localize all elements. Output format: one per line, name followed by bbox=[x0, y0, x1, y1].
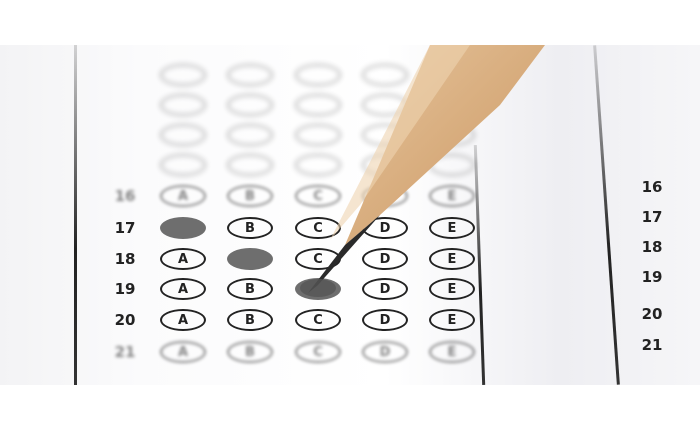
pencil-image bbox=[0, 45, 700, 385]
answer-bubble-d: D bbox=[362, 248, 408, 270]
answer-bubble-d: D bbox=[362, 185, 408, 207]
answer-bubble-d: D bbox=[362, 309, 408, 331]
blurred-bubble bbox=[362, 64, 408, 86]
blurred-bubble bbox=[429, 154, 475, 176]
blurred-bubble bbox=[160, 124, 206, 146]
question-number: 20 bbox=[642, 305, 663, 323]
question-number: 21 bbox=[115, 343, 136, 361]
blurred-bubble bbox=[429, 64, 475, 86]
question-number: 16 bbox=[115, 187, 136, 205]
question-number: 21 bbox=[642, 336, 663, 354]
question-number: 17 bbox=[115, 219, 136, 237]
answer-bubble-a: A bbox=[160, 278, 206, 300]
blurred-bubble bbox=[295, 124, 341, 146]
answer-bubble-e: E bbox=[429, 341, 475, 363]
answer-bubble-c: C bbox=[295, 278, 341, 300]
blurred-bubble bbox=[362, 94, 408, 116]
blurred-bubble bbox=[295, 64, 341, 86]
answer-bubble-b: B bbox=[227, 217, 273, 239]
right-border-line bbox=[593, 45, 620, 384]
question-number: 19 bbox=[115, 280, 136, 298]
answer-bubble-c: C bbox=[295, 217, 341, 239]
answer-bubble-a: A bbox=[160, 217, 206, 239]
answer-bubble-e: E bbox=[429, 309, 475, 331]
blurred-bubble bbox=[160, 94, 206, 116]
blurred-bubble bbox=[160, 154, 206, 176]
blurred-bubble bbox=[295, 94, 341, 116]
blurred-bubble bbox=[227, 64, 273, 86]
answer-bubble-d: D bbox=[362, 217, 408, 239]
answer-bubble-c: C bbox=[295, 341, 341, 363]
answer-bubble-d: D bbox=[362, 278, 408, 300]
answer-bubble-b: B bbox=[227, 309, 273, 331]
question-number: 19 bbox=[642, 268, 663, 286]
answer-bubble-c: C bbox=[295, 309, 341, 331]
blurred-bubble bbox=[362, 154, 408, 176]
answer-bubble-d: D bbox=[362, 341, 408, 363]
answer-bubble-b: B bbox=[227, 185, 273, 207]
answer-bubble-b: B bbox=[227, 278, 273, 300]
blurred-bubble bbox=[227, 94, 273, 116]
blurred-bubble bbox=[227, 124, 273, 146]
question-number: 18 bbox=[115, 250, 136, 268]
answer-bubble-c: C bbox=[295, 248, 341, 270]
answer-bubble-e: E bbox=[429, 217, 475, 239]
answer-bubble-c: C bbox=[295, 185, 341, 207]
question-number: 16 bbox=[642, 178, 663, 196]
answer-bubble-e: E bbox=[429, 278, 475, 300]
answer-bubble-b: B bbox=[227, 248, 273, 270]
answer-bubble-a: A bbox=[160, 309, 206, 331]
question-number: 17 bbox=[642, 208, 663, 226]
middle-border-line bbox=[474, 145, 485, 385]
answer-bubble-a: A bbox=[160, 248, 206, 270]
blurred-bubble bbox=[429, 94, 475, 116]
blurred-bubble bbox=[160, 64, 206, 86]
answer-bubble-e: E bbox=[429, 185, 475, 207]
answer-sheet-photo: 16ABCDE17ABCDE18ABCDE19ABCDE20ABCDE21ABC… bbox=[0, 45, 700, 385]
answer-bubble-a: A bbox=[160, 341, 206, 363]
blurred-bubble bbox=[429, 124, 475, 146]
blurred-bubble bbox=[295, 154, 341, 176]
blurred-bubble bbox=[362, 124, 408, 146]
answer-bubble-a: A bbox=[160, 185, 206, 207]
question-number: 18 bbox=[642, 238, 663, 256]
answer-bubble-e: E bbox=[429, 248, 475, 270]
answer-bubble-b: B bbox=[227, 341, 273, 363]
left-border-line bbox=[74, 45, 77, 385]
blurred-bubble bbox=[227, 154, 273, 176]
question-number: 20 bbox=[115, 311, 136, 329]
